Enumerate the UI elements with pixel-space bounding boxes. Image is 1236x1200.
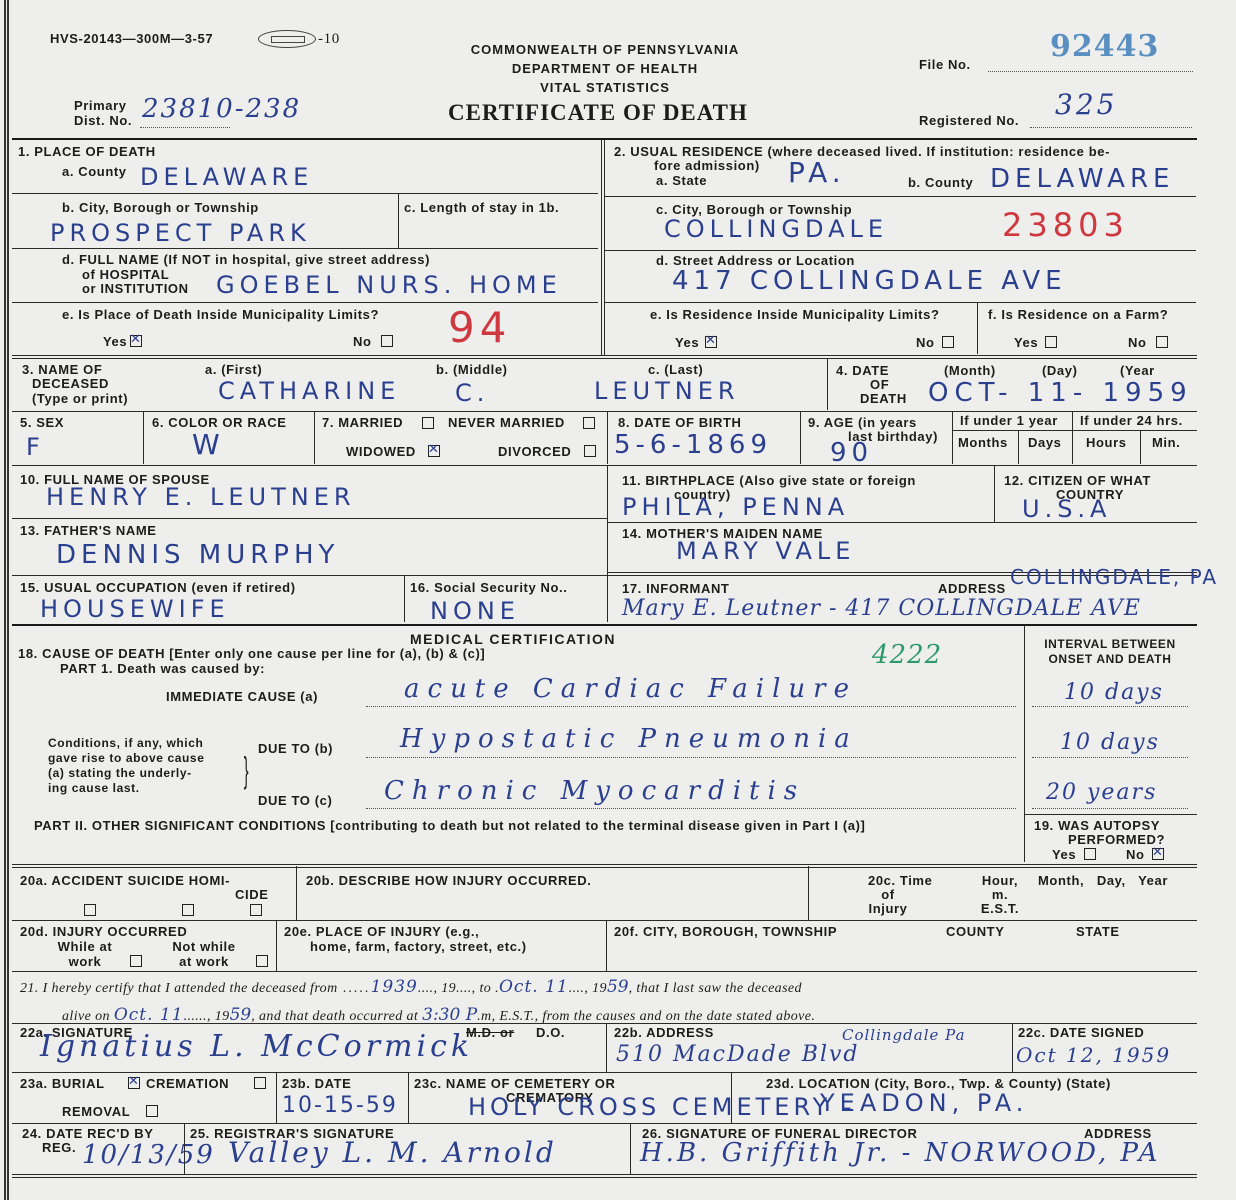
header-commonwealth: COMMONWEALTH OF PENNSYLVANIA [430,42,780,57]
place-of-injury-label: 20e. PLACE OF INJURY (e.g., [284,925,479,939]
autopsy-no-checkbox[interactable] [1152,848,1164,860]
accident-checkbox[interactable] [84,904,96,916]
cert-text-f: alive on [62,1009,110,1024]
not-while-at-work-label-2: at work [164,955,244,969]
describe-injury-label: 20b. DESCRIBE HOW INJURY OCCURRED. [306,874,592,888]
death-inside-limits-no-checkbox[interactable] [381,335,393,347]
time-of-injury-label-3: Injury [868,902,908,916]
birthplace-value[interactable]: PHILA, PENNA [622,494,849,520]
usual-residence-label-2: fore admission) [654,159,760,173]
farm-no-checkbox[interactable] [1156,336,1168,348]
month-label: (Month) [944,364,996,378]
injury-type-label: 20a. ACCIDENT SUICIDE HOMI- [20,874,230,888]
divider [184,1124,185,1174]
divider [606,921,607,971]
divider [12,355,1197,359]
suicide-checkbox[interactable] [182,904,194,916]
usual-residence-label: 2. USUAL RESIDENCE (where deceased lived… [614,145,1110,159]
cause-of-death-label: 18. CAUSE OF DEATH [Enter only one cause… [18,647,485,661]
injury-city-label: 20f. CITY, BOROUGH, TOWNSHIP [614,925,837,939]
divider [977,302,978,354]
mother-value[interactable]: MARY VALE [676,538,855,564]
homicide-checkbox[interactable] [250,904,262,916]
left-border [4,0,9,1200]
father-label: 13. FATHER'S NAME [20,524,157,538]
section-divider [601,140,605,356]
citizen-label: 12. CITIZEN OF WHAT [1004,474,1151,488]
sex-value[interactable]: F [26,434,45,460]
file-no-label: File No. [919,58,971,72]
primary-dist-label: Primary [74,99,127,113]
while-at-work-label-2: work [50,955,120,969]
min-label: Min. [1152,436,1180,450]
state-label: a. State [656,174,707,188]
street-value[interactable]: 417 COLLINGDALE AVE [672,268,1067,294]
divorced-checkbox[interactable] [584,445,596,457]
divider [731,1073,732,1123]
burial-label: 23a. BURIAL [20,1077,105,1091]
dotted-line [366,706,1016,707]
time-of-death-value[interactable]: 3:30 P [422,1005,477,1025]
date-received-value[interactable]: 10/13/59 [82,1142,215,1168]
immediate-cause-label: IMMEDIATE CAUSE (a) [166,690,318,704]
residence-inside-limits-no-checkbox[interactable] [942,336,954,348]
injury-county-label: COUNTY [946,925,1005,939]
divider [604,302,1196,303]
divider [952,430,1197,431]
while-at-work-checkbox[interactable] [130,955,142,967]
days-label: Days [1028,436,1061,450]
date-of-birth-label: 8. DATE OF BIRTH [618,416,741,430]
burial-date-value[interactable]: 10-15-59 [282,1093,398,1119]
file-no-value[interactable]: 92443 [1050,34,1159,60]
form-code: HVS-20143—300M—3-57 [50,32,213,46]
form-suffix: -10 [318,32,340,46]
physician-address-label: 22b. ADDRESS [614,1026,714,1040]
age-value[interactable]: 90 [830,440,873,466]
cert-text-h: , and that death occurred at [251,1009,418,1024]
no-label: No [1128,336,1147,350]
death-certificate: HVS-20143—300M—3-57 -10 COMMONWEALTH OF … [0,0,1236,1200]
date-received-label: 24. DATE REC'D BY [22,1127,154,1141]
divider [12,465,1197,466]
divider [314,412,315,464]
md-struck-label: M.D. or [466,1026,514,1040]
divider [12,624,1197,626]
informant-label: 17. INFORMANT [622,582,729,596]
cert-text-c: , to [472,981,492,996]
header-vital-statistics: VITAL STATISTICS [430,80,780,95]
under-1-year-label: If under 1 year [960,414,1058,428]
due-to-b-label: DUE TO (b) [258,742,333,756]
residence-inside-limits-yes-checkbox[interactable] [705,336,717,348]
race-value[interactable]: W [192,432,225,458]
cemetery-value[interactable]: HOLY CROSS CEMETERY - [468,1094,856,1120]
dotted-line [1032,808,1188,809]
primary-dist-value[interactable]: 23810-238 [142,96,301,122]
divider [276,921,277,971]
cert-text-a: 21. I hereby certify that I attended the… [20,981,338,996]
institution-label: d. FULL NAME (If NOT in hospital, give s… [62,253,430,267]
autopsy-label-2: PERFORMED? [1068,833,1165,847]
sex-label: 5. SEX [20,416,64,430]
middle-name-label: b. (Middle) [436,363,508,377]
yes-label: Yes [103,335,127,349]
time-of-injury-label: 20c. Time [868,874,908,888]
cemetery-location-value[interactable]: YEADON, PA. [820,1090,1028,1116]
occupation-label: 15. USUAL OCCUPATION (even if retired) [20,581,296,595]
divider [12,193,598,194]
injury-occurred-label: 20d. INJURY OCCURRED [20,925,187,939]
divider [12,971,1197,972]
yes-label: Yes [1052,848,1076,862]
due-to-c-interval-value[interactable]: 20 years [1046,780,1157,806]
year-label: (Year [1120,364,1155,378]
conditions-label-4: ing cause last. [48,781,140,795]
date-of-death-label: 4. DATE [836,364,889,378]
last-alive-year[interactable]: 59 [230,1005,252,1025]
physician-signature[interactable]: Ignatius L. McCormick [40,1034,473,1060]
birthplace-label: 11. BIRTHPLACE (Also give state or forei… [622,474,916,488]
cemetery-label: 23c. NAME OF CEMETERY OR [414,1077,616,1091]
residence-inside-limits-label: e. Is Residence Inside Municipality Limi… [650,308,939,322]
residence-city-value[interactable]: COLLINGDALE [664,216,888,242]
death-county-value[interactable]: DELAWARE [140,164,313,190]
divider [1018,430,1019,464]
cert-text-e: , that I last saw the deceased [629,981,802,996]
date-signed-label: 22c. DATE SIGNED [1018,1026,1144,1040]
last-alive-value[interactable]: Oct. 11 [114,1005,184,1025]
cremation-checkbox[interactable] [254,1077,266,1089]
red-code-94: 94 [448,306,511,350]
divider [12,248,598,249]
divider [12,1174,1197,1178]
divider [604,250,1196,251]
medical-certification-heading: MEDICAL CERTIFICATION [410,632,616,646]
divider [607,466,608,622]
dotted-line [1032,757,1188,758]
divider [12,864,1197,868]
attended-from-value[interactable]: 1939 [371,977,418,997]
hours-label: Hours [1086,436,1127,450]
cremation-label: CREMATION [146,1077,229,1091]
conditions-label-2: gave rise to above cause [48,751,204,765]
divider [800,412,801,464]
page-title: CERTIFICATE OF DEATH [448,100,748,126]
part2-label: PART II. OTHER SIGNIFICANT CONDITIONS [c… [34,819,865,833]
widowed-checkbox[interactable] [428,445,440,457]
divider [404,575,405,622]
month-day-year-label: Month, Day, Year [1038,874,1168,888]
divider [1072,412,1073,464]
date-of-death-label-2: OF [870,378,889,392]
spouse-value[interactable]: HENRY E. LEUTNER [46,484,356,510]
attended-to-value[interactable]: Oct. 11 [499,977,569,997]
conditions-label: Conditions, if any, which [48,736,203,750]
death-city-value[interactable]: PROSPECT PARK [50,220,311,246]
time-of-injury-label-2: of [868,888,908,902]
removal-label: REMOVAL [62,1105,130,1119]
length-of-stay-label: c. Length of stay in 1b. [404,201,559,215]
brace-icon: } [244,735,249,805]
divider [604,196,1196,197]
registered-no-label: Registered No. [919,114,1019,128]
primary-dist-label-2: Dist. No. [74,114,132,128]
divider [12,920,1197,921]
physician-address-extra[interactable]: Collingdale Pa [842,1022,966,1048]
while-at-work-label: While at [50,940,120,954]
place-of-death-label: 1. PLACE OF DEATH [18,145,156,159]
divider [398,194,399,248]
first-name-label: a. (First) [205,363,262,377]
divider [827,358,828,410]
informant-address-label: ADDRESS [938,582,1006,596]
no-label: No [916,336,935,350]
date-received-label-2: REG. [42,1141,76,1155]
yes-label: Yes [675,336,699,350]
residence-county-label: b. County [908,176,973,190]
divider [1140,430,1141,464]
divider [808,866,809,920]
union-label-seal-icon [258,30,316,48]
divider [12,518,607,519]
yes-label: Yes [1014,336,1038,350]
institution-value[interactable]: GOEBEL NURS. HOME [216,272,562,298]
farm-yes-checkbox[interactable] [1045,336,1057,348]
institution-label-3: or INSTITUTION [82,282,189,296]
conditions-label-3: (a) stating the underly- [48,766,192,780]
due-to-b-value[interactable]: Hypostatic Pneumonia [400,726,858,752]
certification-line-1: 21. I hereby certify that I attended the… [20,974,802,1000]
date-signed-value[interactable]: Oct 12, 1959 [1016,1042,1171,1068]
last-name-value[interactable]: LEUTNER [594,378,740,404]
never-married-checkbox[interactable] [583,417,595,429]
interval-label-2: ONSET AND DEATH [1030,652,1190,666]
day-label: (Day) [1042,364,1078,378]
registrar-signature[interactable]: Valley L. M. Arnold [228,1140,557,1166]
registered-no-underline [1030,127,1192,128]
citizen-value[interactable]: U.S.A [1022,496,1111,522]
divider [12,411,1197,412]
divider [12,575,607,576]
divider [1024,626,1025,862]
hour-label-3: E.S.T. [975,902,1025,916]
divider [296,866,297,920]
degree-label: D.O. [536,1026,565,1040]
autopsy-label: 19. WAS AUTOPSY [1034,819,1160,833]
red-code-23803: 23803 [1002,212,1129,238]
residence-county-value[interactable]: DELAWARE [990,166,1174,192]
due-to-b-interval-value[interactable]: 10 days [1060,730,1160,756]
file-no-underline [988,71,1193,72]
under-24-hrs-label: If under 24 hrs. [1080,414,1183,428]
divider [607,412,608,464]
divider [630,1124,631,1174]
death-inside-limits-yes-checkbox[interactable] [130,335,142,347]
married-label: 7. MARRIED [322,416,403,430]
date-of-death-value[interactable]: OCT- 11- 1959 [928,380,1193,406]
divider [12,1023,1197,1024]
immediate-interval-value[interactable]: 10 days [1064,680,1164,706]
father-value[interactable]: DENNIS MURPHY [56,542,339,568]
months-label: Months [958,436,1008,450]
not-while-at-work-label: Not while [164,940,244,954]
place-of-injury-label-2: home, farm, factory, street, etc.) [310,940,527,954]
last-name-label: c. (Last) [648,363,703,377]
burial-checkbox[interactable] [128,1077,140,1089]
green-code: 4222 [872,642,942,668]
divider [408,1073,409,1123]
occupation-value[interactable]: HOUSEWIFE [40,596,230,622]
divider [12,1072,1197,1073]
due-to-c-value[interactable]: Chronic Myocarditis [384,778,805,804]
dotted-line [1032,706,1188,707]
part1-label: PART 1. Death was caused by: [60,662,265,676]
divider [1024,814,1197,815]
autopsy-yes-checkbox[interactable] [1084,848,1096,860]
removal-checkbox[interactable] [146,1105,158,1117]
registered-no-value[interactable]: 325 [1055,92,1117,118]
burial-date-label: 23b. DATE [282,1077,351,1091]
divorced-label: DIVORCED [498,445,571,459]
ssn-value[interactable]: NONE [430,598,520,624]
divider [952,412,953,464]
attended-to-year[interactable]: 59 [607,977,629,997]
death-inside-limits-label: e. Is Place of Death Inside Municipality… [62,308,379,322]
cert-text-b: , 19 [433,981,456,996]
informant-value[interactable]: Mary E. Leutner - 417 COLLINGDALE AVE [622,596,1141,622]
immediate-cause-value[interactable]: acute Cardiac Failure [404,676,857,702]
residence-state-value[interactable]: PA. [788,160,846,186]
hour-label: Hour, [975,874,1025,888]
name-label-3: (Type or print) [32,392,128,406]
name-label-2: DECEASED [32,377,109,391]
ssn-label: 16. Social Security No.. [410,581,567,595]
county-label: a. County [62,165,127,179]
header-department: DEPARTMENT OF HEALTH [430,61,780,76]
injury-type-label-2: CIDE [235,888,268,902]
date-of-birth-value[interactable]: 5-6-1869 [614,432,772,458]
date-of-death-label-3: DEATH [860,392,907,406]
divider [143,412,144,464]
cert-text-g: , 19 [207,1009,230,1024]
due-to-c-label: DUE TO (c) [258,794,332,808]
first-name-value[interactable]: CATHARINE [218,378,400,404]
divider [276,1073,277,1123]
funeral-director-signature[interactable]: H.B. Griffith Jr. - NORWOOD, PA [640,1140,1160,1166]
dotted-line [366,757,1016,758]
farm-label: f. Is Residence on a Farm? [988,308,1168,322]
primary-dist-underline [140,127,230,128]
divider [607,522,1197,523]
married-checkbox[interactable] [422,417,434,429]
physician-address-value[interactable]: 510 MacDade Blvd [616,1042,860,1068]
not-while-at-work-checkbox[interactable] [256,955,268,967]
no-label: No [1126,848,1145,862]
divider [994,466,995,522]
divider [606,1024,607,1072]
never-married-label: NEVER MARRIED [448,416,565,430]
city-label: b. City, Borough or Township [62,201,259,215]
no-label: No [353,335,372,349]
dotted-line [366,808,1016,809]
widowed-label: WIDOWED [346,445,416,459]
divider [1012,1024,1013,1072]
informant-address-extra[interactable]: COLLINGDALE, PA [1010,564,1218,590]
name-label: 3. NAME OF [22,363,102,377]
hour-label-2: m. [975,888,1025,902]
age-label: 9. AGE (in years [808,416,917,430]
injury-state-label: STATE [1076,925,1120,939]
middle-name-value[interactable]: C. [455,380,489,406]
interval-label: INTERVAL BETWEEN [1030,637,1190,651]
divider [12,1123,1197,1124]
cert-text-d: , 19 [584,981,607,996]
institution-label-2: of HOSPITAL [82,268,169,282]
cert-text-i: .m, E.S.T., from the causes and on the d… [477,1009,815,1024]
